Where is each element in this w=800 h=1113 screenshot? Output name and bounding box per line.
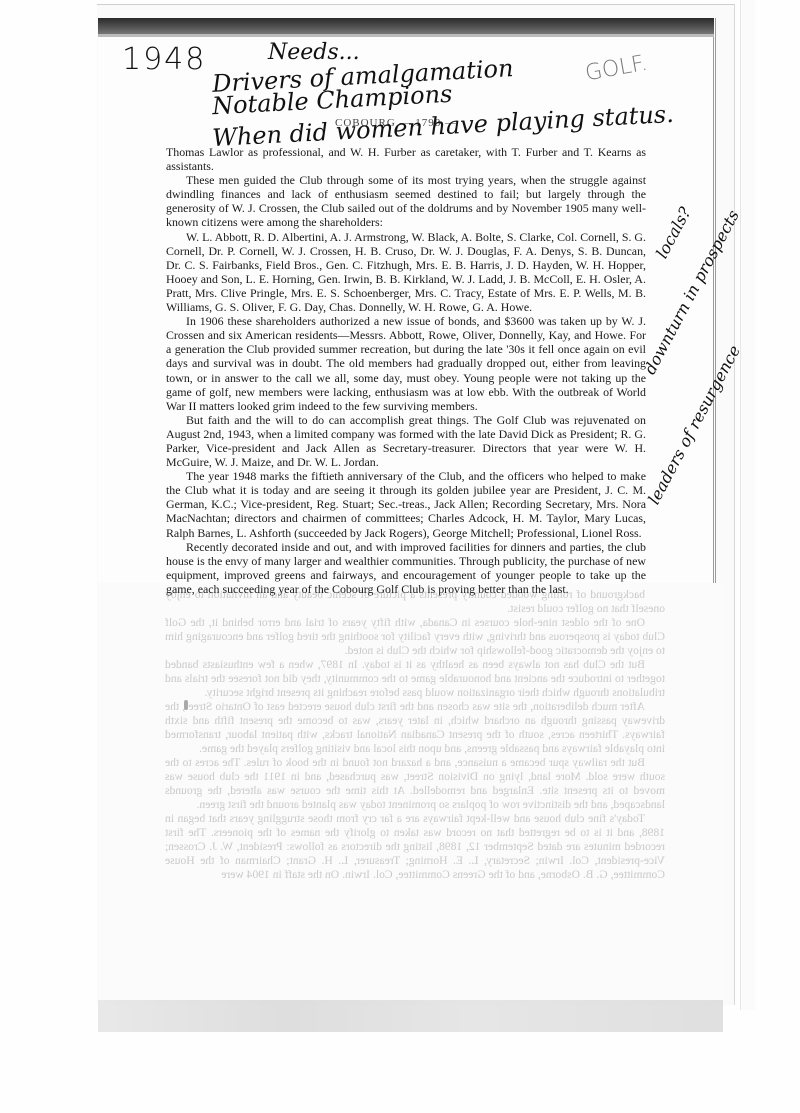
- article-paragraph: Recently decorated inside and out, and w…: [166, 540, 646, 596]
- scan-speck: [184, 700, 188, 710]
- handwritten-heading: Needs...: [268, 40, 360, 65]
- show-through-paragraph: Today's fine club house and well-kept fa…: [165, 812, 665, 882]
- back-sheet-right-edge: [740, 0, 755, 1010]
- clipping-top-dark-band: [98, 18, 714, 34]
- article-paragraph: In 1906 these shareholders authorized a …: [166, 314, 646, 413]
- show-through-paragraph: But the Club has not always been as heal…: [165, 658, 665, 700]
- show-through-paragraph: But the railway spur became a nuisance, …: [165, 756, 665, 812]
- show-through-paragraph: After much deliberation, the site was ch…: [165, 700, 665, 756]
- article-paragraph: But faith and the will to do can accompl…: [166, 413, 646, 469]
- show-through-paragraph: One of the oldest nine-hole courses in C…: [165, 616, 665, 658]
- article-paragraph: These men guided the Club through some o…: [166, 173, 646, 229]
- show-through-text: background of rolling wooded country pre…: [165, 588, 665, 882]
- lower-clipping-shadow-band: [98, 1000, 723, 1032]
- handwritten-year: 1948: [122, 42, 206, 77]
- article-body: Thomas Lawlor as professional, and W. H.…: [166, 145, 646, 596]
- article-paragraph: The year 1948 marks the fiftieth anniver…: [166, 469, 646, 539]
- article-paragraph: W. L. Abbott, R. D. Albertini, A. J. Arm…: [166, 230, 646, 315]
